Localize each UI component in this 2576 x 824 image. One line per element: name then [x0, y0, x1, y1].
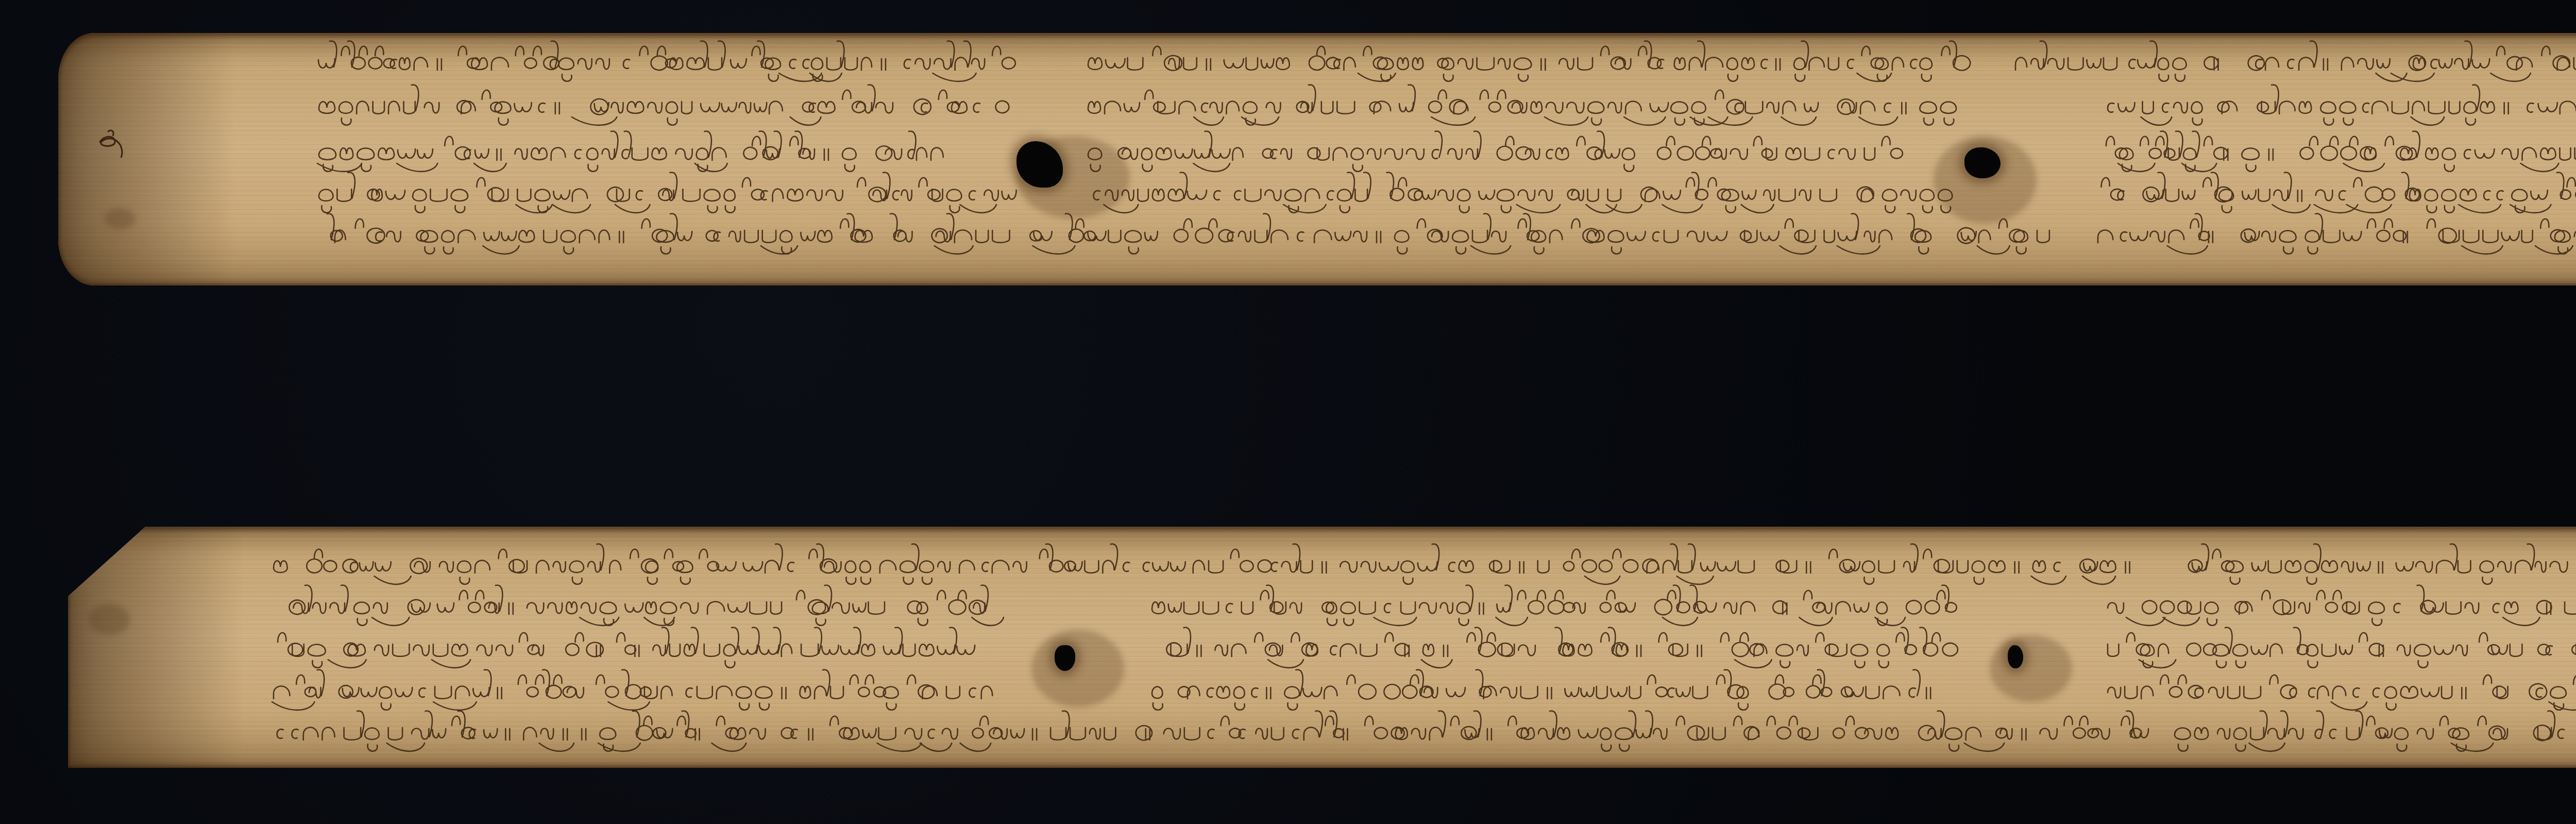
text-line-4: ဗိဝေလ ဝေတ္တ ပြဗ္ဗ ဂတ္တ ပဏ္ဏဘ္ဗုဿ ဂုဏ္ဋ္ဌ… [58, 180, 2576, 213]
text-segment: ဝေ ဂတ္တဝိ ဂတ္တ ဂုဏ္ဋ္ဌိဝိ ။ ဓေဗုဒ္ဓိ ဝိဒ… [2098, 92, 2576, 125]
text-segment: ဂဗုဒ္ဓိ ။ လ ။ ဂဒ္ဓိဝိ ဥပဝိ ဝိဇ္ဇဝေဝတ္တ ပ… [2098, 139, 2576, 172]
palm-leaf-1: ၃ ဂ္ဂဝါဒိ ။ သိက္ခာပဒံ ဥဒ္ဒိဿ လဒ္ဓုဋ္ဌာ ။… [58, 33, 2576, 285]
palm-leaf-2: ဗုဒ္ဓေဂ္ဂ ဂုဒ္ဓ သဂ္ဂ ပဗုဒ္ဓ ယ ဝေဝ သဂ္ဂ မ… [68, 527, 2576, 768]
text-segment: ဗိဝေလ ဝေတ္တ ပြဗ္ဗ ဂတ္တ ပဏ္ဏဘ္ဗုဿ ဂုဏ္ဋ္ဌ… [314, 180, 1025, 213]
text-segment: ဂဝေတ္တ ဝေဂ္ဂ သဂ္ဂ ။ သဂ္ဂ ဝေတ္တ ဗုဒ္ဓ ။ ဒ… [2103, 635, 2576, 668]
text-line-2: ဂတ္တ သဂ္ဂ သဂ္ဂ ။ ပြဗ္ဗ ဂဒ္ဓ သဂ္ဂ ဗုဒ္ဓ ယ… [68, 593, 2576, 626]
text-segment: ဝတ္တဝိ သဝိ ။ ပဏ္ဏဘ္ဗုဿ ဂတ္တဝိ သဝ ။ တာ ပဏ… [314, 139, 958, 172]
string-hole-left [1055, 645, 1075, 671]
text-line-1: ဗုဒ္ဓေဂ္ဂ ဂုဒ္ဓ သဂ္ဂ ပဗုဒ္ဓ ယ ဝေဝ သဂ္ဂ မ… [68, 551, 2576, 584]
text-segment: ဒ္ဓါဝိ ဒေဝတာ ။ ဂဒ္ဓါ ။ ဗုဒ္ဓုဓ္ဓိ ဘိဗုဒ္… [2011, 48, 2576, 81]
text-segment: သပ ဗုဒ္ဓ ။ သဂ္ဂ ဂတ္တ ဗုဒ္ဓ ။ ဂဗုဒ္ဓ ဂဒ္ဓ… [1147, 677, 1951, 710]
text-segment: ဂ္ဂဝါဒိ ။ သိက္ခာပဒံ ဥဒ္ဒိဿ လဒ္ဓုဋ္ဌာ ။ ယ… [314, 48, 1010, 81]
text-segment: ဂုဒ္ဓိဝိ ဝိဇ္ဇဝေဝ တဗုဒ္ဓ ဂတ္တဂ္ဂ ဂုဒ္ဓ ဂ… [1083, 180, 1970, 213]
text-segment: ဗိ ပြဂ္ဂ ဘဝ သဂ္ဂ ဝေဂ္ဂ ဝေဂ္ဂ ဂုဿ ။ သဗုဒ္… [2170, 718, 2576, 751]
text-segment: ဝိဂုဒ္ဓး ဝေဝ ။ ဂတသဂ ဂဒ္ဓိဝိ ဝေတ္တ ပြဗ္ဗ … [2093, 180, 2576, 213]
text-segment: ဓေတ္တေ ပဏ္ဏဘ္ဗ ။ ဂဒ္ဓိဝိ ဂဒ္ဓါ ဝိဇ္ဇဝေဝ … [314, 92, 999, 125]
text-segment: ဥဗ္ဗ ပလ ဒ ဝေဝလ သ ။ ဘး ။ ။ ဂသဂ္ဂ ။ ဝိဂ္ဂ … [269, 718, 2155, 751]
text-segment: ပဏ္ဏဘ္ဗုဿ ဂတ္တ ဂဒ္ဓါဝိ ဥပဝိ ဝိဇ္ဇဝေ ဂုဏ္… [1083, 139, 1908, 172]
text-segment: ဂတ္တ သဂ္ဂ သဂ္ဂ ။ ပြဗ္ဗ ဂဒ္ဓ သဂ္ဂ ဗုဒ္ဓ ယ… [269, 593, 1006, 626]
text-line-3: ဗိဗ္ဗ ဂုဒ္ဓ သဂ္ဂ ဝလ ။ ဘ ။ ပဝိ ပြဗ္ဗ ဂဒ္ဓ… [68, 635, 2576, 668]
text-segment: ပြဗ္ဗဗ ။ သဂ္ဂ ဗုဿဝိ ။ သဂ္ဂဗုဒ္ဓ ဝေဗုဒ္ဓ … [2093, 221, 2576, 254]
text-segment: ပဏ္ဏဘ္ဗုဿ ဝေလ ဂတ္တ ။ ဝေဂ္ဂ သဒ္ဓ ဝဏ္ဏ ဂဒ္… [314, 221, 2056, 254]
text-segment: သဂ္ဂ ဝေဗုဒ္ဓ ။ သဂ္ဂ ဗုဒ္ဓ ဂုဒ္ဓ ။ သဂ္ဂ ဂ… [2170, 551, 2576, 584]
text-line-4: ဗုဒ္ဓေဂ္ဂ ဝေဝ ။ သဂ္ဂ ပြဗ္ဗ ဂုဒ္ဓ ။ ဖြဂ္ဂ… [68, 677, 2576, 710]
text-line-2: ဓေတ္တေ ပဏ္ဏဘ္ဗ ။ ဂဒ္ဓိဝိ ဂဒ္ဓါ ဝိဇ္ဇဝေဝ … [58, 92, 2576, 125]
string-hole-right [1964, 147, 2001, 178]
text-segment: ဒပြဗ္ဗ ပသဂ္ဂ ဂဒ္ဓ ဗုဒ္ဓ ။ သဂ္ဂ သဗုဒ္ဓ ပဗ… [2103, 677, 2576, 710]
string-hole-right [2008, 645, 2023, 668]
text-segment: ဗုဒ္ဓေဂ္ဂ ဂုဒ္ဓ သဂ္ဂ ပဗုဒ္ဓ ယ ဝေဝ သဂ္ဂ မ… [269, 551, 2155, 584]
text-segment: သဂ္ဂ ပြဗ္ဗ ဂုဒ္ဓ ဂဗုဒ္ဓ ဝေဝ ။ ဂယယ တတတ လ … [2103, 593, 2576, 626]
text-segment: ဗုဒ္ဓေဂ္ဂ ဝေဝ ။ သဂ္ဂ ပြဗ္ဗ ဂုဒ္ဓ ။ ဖြဂ္ဂ… [269, 677, 1006, 710]
text-segment: ဗိဗ္ဗ ဂုဒ္ဓ သဂ္ဂ ဝလ ။ ဘ ။ ပဝိ ပြဗ္ဗ ဂဒ္ဓ… [269, 635, 985, 668]
text-segment: ဗိဒ္ဓိဝိဒေ ဂတာ ဥပဝိ ဂတ္တ ပဏ္ဏဘ္ဗုဿ ဂုဏ္ဋ… [1083, 92, 1970, 125]
text-line-5: ပဏ္ဏဘ္ဗုဿ ဝေလ ဂတ္တ ။ ဝေဂ္ဂ သဒ္ဓ ဝဏ္ဏ ဂဒ္… [58, 221, 2576, 254]
text-segment: ဝေ ။ တဗုဒ္ဓ ဂဒ္ဓ ။ ဘ ။ သဂ္ဂ ဝေတ္တ ။ ဒတ ။… [1147, 635, 1951, 668]
text-segment: ဏုလ္ဒိ ။ ဂဒ္ဓါဝိဒေတော္ဗုဋ္ဌ ။ ဂတ္တဝိ တာတ… [1083, 48, 1970, 81]
text-line-3: ဝတ္တဝိ သဝိ ။ ပဏ္ဏဘ္ဗုဿ ဂတ္တဝိ သဝ ။ တာ ပဏ… [58, 139, 2576, 172]
text-line-5: ဥဗ္ဗ ပလ ဒ ဝေဝလ သ ။ ဘး ။ ။ ဂသဂ္ဂ ။ ဝိဂ္ဂ … [68, 718, 2576, 751]
text-line-1: ဂ္ဂဝါဒိ ။ သိက္ခာပဒံ ဥဒ္ဒိဿ လဒ္ဓုဋ္ဌာ ။ ယ… [58, 48, 2576, 81]
text-segment: ဗုဒ္ဓ သဂ္ဂ ဝေတ္တ ဂတ္တ ။ ဂဒ္ဓ ဝေဂ္ဂ ဗုဿ ဝ… [1147, 593, 1951, 626]
